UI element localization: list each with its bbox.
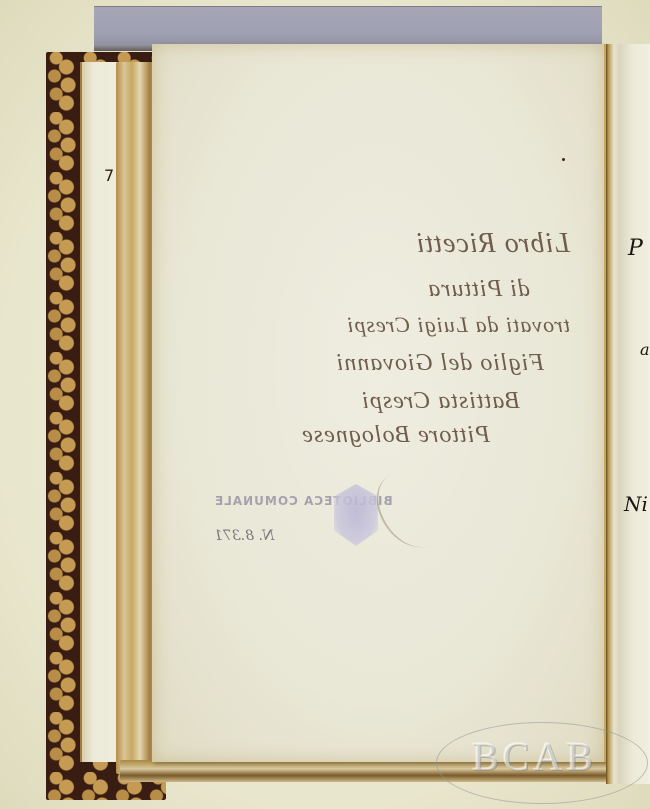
- page-stack-edge: [116, 62, 156, 774]
- watermark-text: BCAB: [472, 733, 597, 780]
- ink-spot: [562, 158, 565, 161]
- inscription-line: Libro Ricetti: [416, 228, 570, 260]
- right-page-fragment: P: [628, 236, 643, 261]
- inscription-line: di Pittura: [427, 276, 530, 303]
- inscription-line: Figlio del Giovanni: [336, 350, 544, 377]
- inscription-line: Battista Crespi: [361, 388, 520, 415]
- folio-number: 7: [104, 166, 114, 185]
- right-leaf-edge: [606, 44, 650, 784]
- right-page-fragment: a: [640, 340, 650, 359]
- inscription-line: Pittore Bolognese: [301, 422, 490, 449]
- right-page-fragment: Ni: [624, 492, 648, 516]
- inventory-number: N. 8.371: [214, 528, 274, 544]
- inscription-line: trovati da Luigi Crespi: [346, 312, 570, 338]
